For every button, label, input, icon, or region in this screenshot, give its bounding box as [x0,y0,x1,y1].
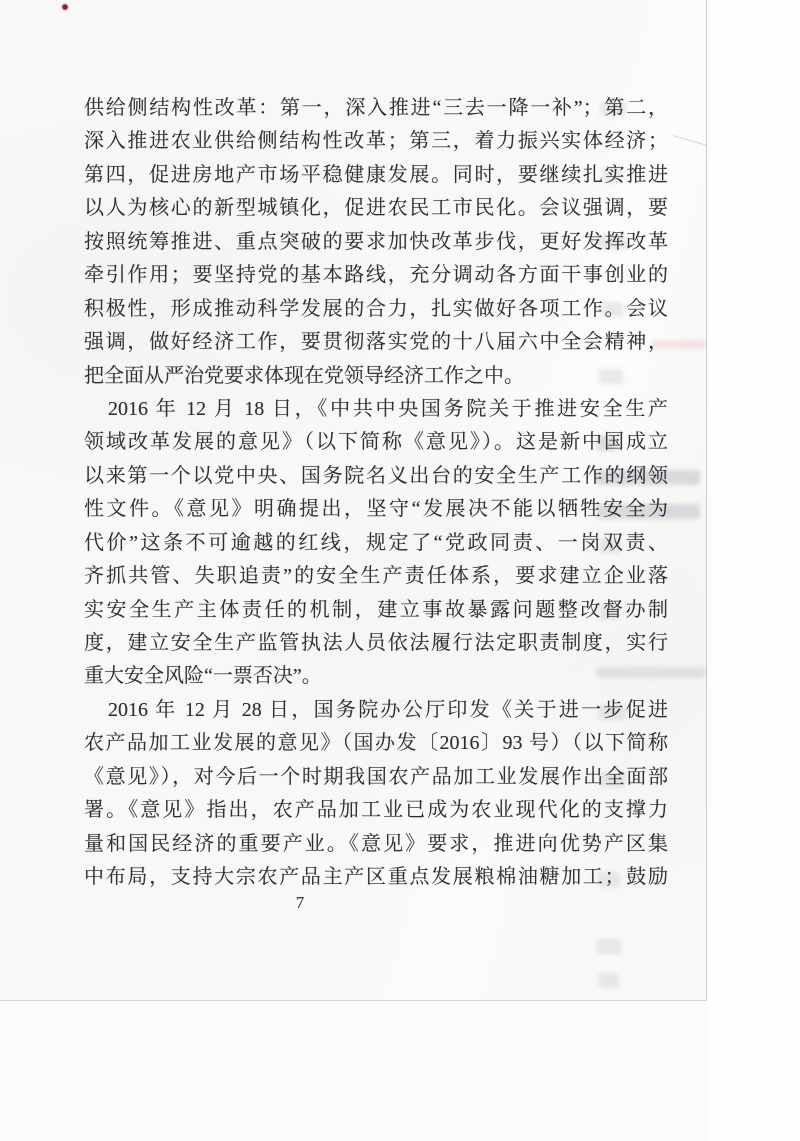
text-line: 中布局，支持大宗农产品主产区重点发展粮棉油糖加工；鼓励 [84,861,668,894]
text-line: 2016 年 12 月 18 日，《中共中央国务院关于推进安全生产 [84,393,668,426]
scanner-background-bottom [0,1001,707,1141]
text-line: 以人为核心的新型城镇化，促进农民工市民化。会议强调，要 [84,192,668,225]
text-line: 按照统筹推进、重点突破的要求加快改革步伐，更好发挥改革 [84,226,668,259]
text-line: 强调，做好经济工作，要贯彻落实党的十八届六中全会精神， [84,326,668,359]
text-line: 性文件。《意见》明确提出，坚守“发展决不能以牺牲安全为 [84,493,668,526]
text-line: 供给侧结构性改革：第一，深入推进“三去一降一补”；第二， [84,92,668,125]
text-line: 度，建立安全生产监管执法人员依法履行法定职责制度，实行 [84,627,668,660]
text-line: 量和国民经济的重要产业。《意见》要求，推进向优势产区集 [84,828,668,861]
text-line: 农产品加工业发展的意见》（国办发〔2016〕93 号）（以下简称 [84,727,668,760]
bleedthrough-mark [597,939,621,954]
scanner-background-right [707,0,800,1141]
text-line: 重大安全风险“一票否决”。 [84,660,668,693]
scan-canvas: 供给侧结构性改革：第一，深入推进“三去一降一补”；第二， 深入推进农业供给侧结构… [0,0,800,1141]
text-line: 积极性，形成推动科学发展的合力，扎实做好各项工作。会议 [84,293,668,326]
text-line: 署。《意见》指出，农产品加工业已成为农业现代化的支撑力 [84,794,668,827]
text-line: 实安全生产主体责任的机制，建立事故暴露问题整改督办制 [84,594,668,627]
red-ink-dot [61,3,69,11]
text-line: 牵引作用；要坚持党的基本路线，充分调动各方面干事创业的 [84,259,668,292]
text-line: 把全面从严治党要求体现在党领导经济工作之中。 [84,360,668,393]
text-line: 齐抓共管、失职追责”的安全生产责任体系，要求建立企业落 [84,560,668,593]
page-number: 7 [270,893,330,913]
text-line: 第四，促进房地产市场平稳健康发展。同时，要继续扎实推进 [84,159,668,192]
text-line: 以来第一个以党中央、国务院名义出台的安全生产工作的纲领 [84,460,668,493]
bleedthrough-mark [599,973,619,988]
text-line: 2016 年 12 月 28 日，国务院办公厅印发《关于进一步促进 [84,694,668,727]
text-line: 深入推进农业供给侧结构性改革；第三，着力振兴实体经济； [84,125,668,158]
text-line: 领域改革发展的意见》（以下简称《意见》）。这是新中国成立 [84,426,668,459]
text-line: 《意见》），对今后一个时期我国农产品加工业发展作出全面部 [84,761,668,794]
document-text: 供给侧结构性改革：第一，深入推进“三去一降一补”；第二， 深入推进农业供给侧结构… [84,92,668,895]
text-line: 代价”这条不可逾越的红线，规定了“党政同责、一岗双责、 [84,527,668,560]
